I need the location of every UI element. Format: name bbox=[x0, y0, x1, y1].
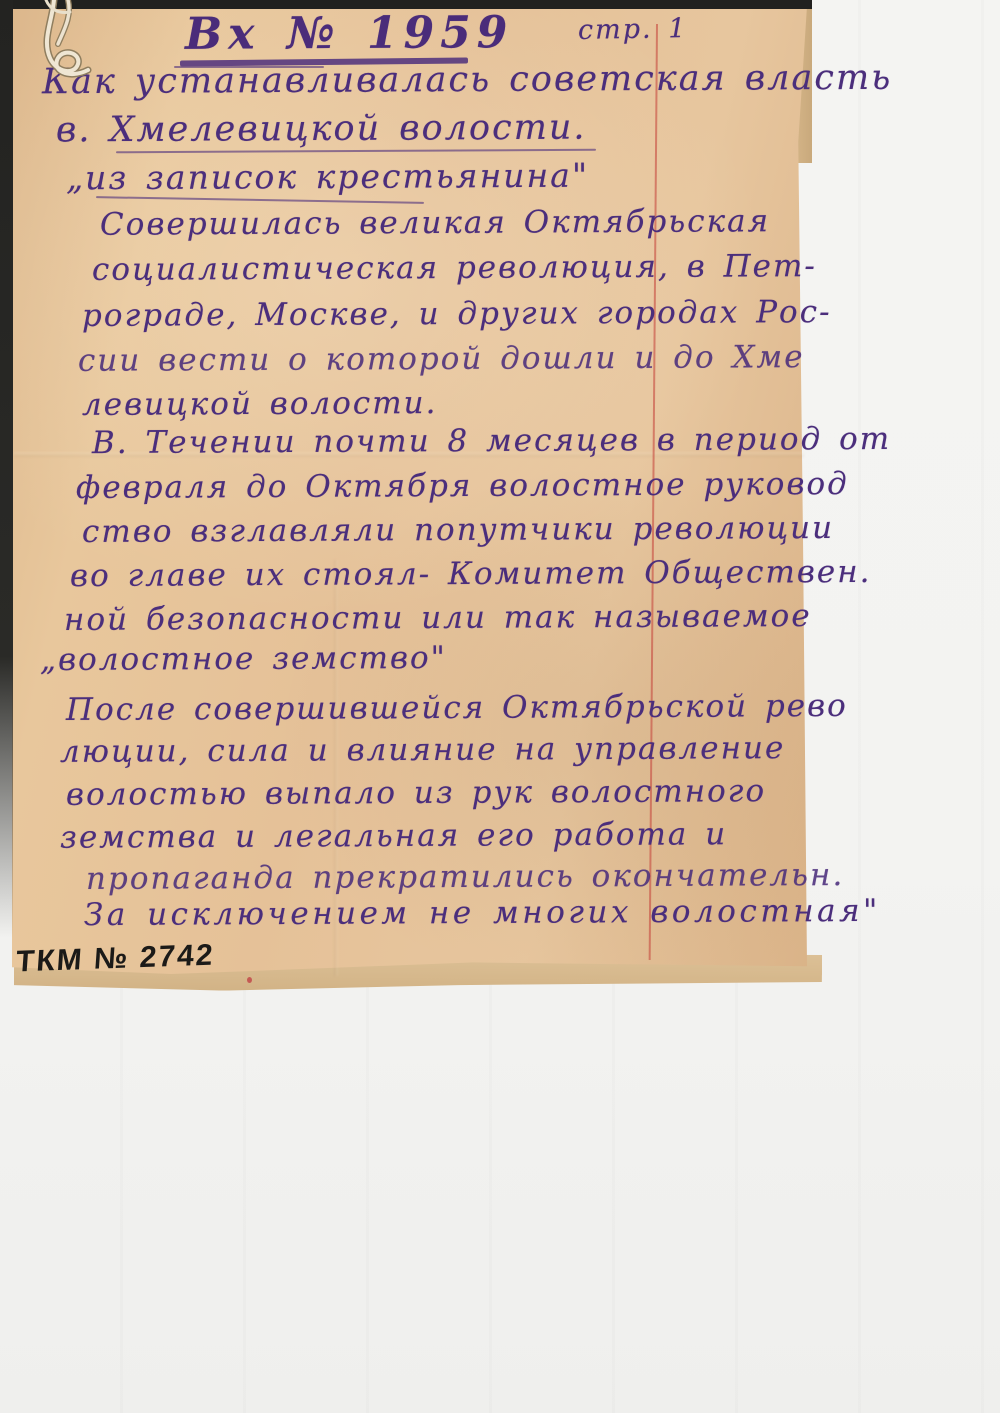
handwritten-line: люции, сила и влияние на управление bbox=[60, 730, 785, 770]
handwritten-line: левицкой волости. bbox=[82, 385, 438, 423]
scanned-manuscript-page: Вх № 1959 стр. 1 Как устанавливалась сов… bbox=[0, 0, 1000, 1413]
handwritten-line: сии вести о которой дошли и до Хме bbox=[78, 339, 805, 379]
page-number: стр. 1 bbox=[578, 13, 688, 46]
handwritten-line: За исключением не многих волостная" bbox=[84, 893, 881, 933]
handwritten-line: во главе их стоял- Комитет Обществен. bbox=[70, 554, 872, 594]
handwritten-line: ство взглавляли попутчики революции bbox=[82, 510, 834, 550]
handwritten-line: В. Течении почти 8 месяцев в период от bbox=[92, 421, 891, 461]
handwritten-line: „волостное земство" bbox=[40, 640, 447, 678]
handwritten-line: пропаганда прекратились окончательн. bbox=[86, 857, 844, 897]
handwritten-line: ной безопасности или так называемое bbox=[64, 598, 812, 638]
registration-number: Вх № 1959 bbox=[185, 7, 514, 60]
handwritten-line: земства и легальная его работа и bbox=[60, 816, 727, 855]
handwritten-line: После совершившейся Октябрьской рево bbox=[66, 688, 848, 728]
handwritten-line: волостью выпало из рук волостного bbox=[66, 773, 766, 813]
handwritten-line: социалистическая революция, в Пет- bbox=[92, 248, 817, 288]
subtitle-line: „из записок крестьянина" bbox=[66, 156, 589, 198]
handwritten-line: февраля до Октября волостное руковод bbox=[76, 466, 849, 506]
binding-thread bbox=[16, 0, 108, 110]
scan-edge-top bbox=[0, 0, 812, 9]
title-line: Как устанавливалась советская власть bbox=[42, 58, 892, 102]
red-ink-speck bbox=[247, 977, 252, 983]
archive-stamp: ТКМ № 2742 bbox=[15, 938, 216, 979]
title-line: в. Хмелевицкой волости. bbox=[56, 108, 587, 151]
scan-edge-left bbox=[0, 0, 13, 938]
handwritten-line: Совершилась великая Октябрьская bbox=[100, 203, 770, 243]
handwritten-line: рограде, Москве, и других городах Рос- bbox=[82, 294, 832, 334]
